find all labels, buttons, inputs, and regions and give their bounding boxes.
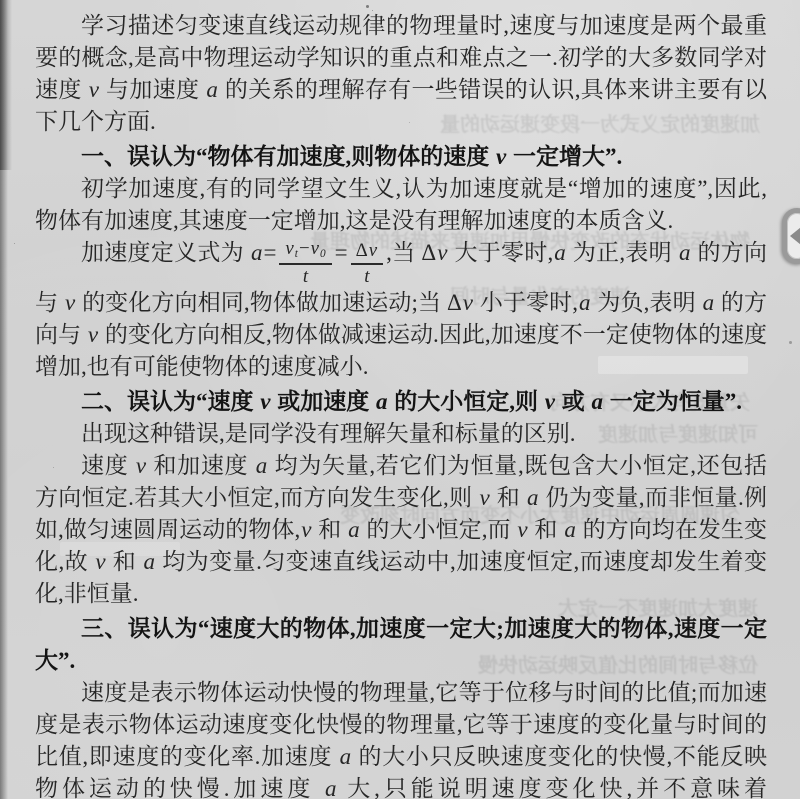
section-heading: 一、误认为“物体有加速度,则物体的速度 v 一定增大”. [35, 141, 767, 173]
paragraph: 出现这种错误,是同学没有理解矢量和标量的区别. [35, 418, 767, 450]
paragraph: 速度是表示物体运动快慢的物理量,它等于位移与时间的比值;而加速度是表示物体运动速… [35, 677, 767, 799]
math-variable: v [94, 549, 106, 574]
math-variable: a [250, 240, 264, 265]
section-heading: 二、误认为“速度 v 或加速度 a 的大小恒定,则 v 或 a 一定为恒量”. [35, 386, 767, 418]
math-variable: v [544, 389, 556, 414]
fraction: vt−v0t [279, 239, 331, 287]
math-variable: t [363, 266, 370, 287]
paragraph: 学习描述匀变速直线运动规律的物理量时,速度与加速度是两个最重要的概念,是高中物理… [35, 10, 767, 138]
math-variable: v [135, 453, 147, 478]
math-variable: vt [284, 238, 299, 259]
math-variable: v [495, 144, 507, 169]
math-variable: a [563, 517, 577, 542]
section-heading: 三、误认为“速度大的物体,加速度一定大;加速度大的物体,速度一定大”. [35, 613, 767, 677]
math-variable: v [88, 77, 100, 102]
math-variable: a [526, 485, 540, 510]
math-variable: v [516, 517, 528, 542]
math-variable: v [368, 240, 378, 261]
document-text: 学习描述匀变速直线运动规律的物理量时,速度与加速度是两个最重要的概念,是高中物理… [35, 10, 767, 799]
math-variable: v [300, 517, 312, 542]
math-variable: a [347, 517, 361, 542]
page-edge-shadow [0, 0, 12, 170]
fraction: Δvt [351, 241, 384, 287]
left-arrow-icon [790, 227, 800, 245]
math-variable: t [302, 266, 309, 287]
math-variable: a [590, 389, 604, 414]
math-variable: a [702, 290, 716, 315]
scanned-page: 加速度的定义式为一段变速运动的量 物体运动状态的改变快慢用加速度来描述的物理量 … [0, 0, 800, 799]
math-variable: a [578, 290, 592, 315]
math-variable: v [462, 290, 474, 315]
scan-noise [0, 0, 3, 3]
math-variable: a [375, 389, 389, 414]
math-variable: v [436, 240, 448, 265]
paragraph: 初学加速度,有的同学望文生义,认为加速度就是“增加的速度”,因此,物体有加速度,… [35, 173, 767, 237]
math-variable: v [87, 322, 99, 347]
math-variable: v [259, 389, 271, 414]
math-variable: a [339, 744, 353, 769]
math-variable: a [143, 549, 157, 574]
paragraph: 速度 v 和加速度 a 均为矢量,若它们为恒量,既包含大小恒定,还包括方向恒定.… [35, 450, 767, 610]
math-variable: a [255, 453, 269, 478]
page-back-button[interactable] [782, 208, 800, 264]
math-variable: a [205, 77, 219, 102]
math-variable: v [64, 290, 76, 315]
page-edge-shadow [0, 0, 8, 799]
math-variable: v0 [310, 238, 327, 259]
paragraph: 加速度定义式为 a=vt−v0t=Δvt,当 Δv 大于零时,a 为正,表明 a… [35, 237, 767, 383]
math-variable: a [324, 776, 338, 799]
math-variable: v [478, 485, 490, 510]
math-variable: a [553, 240, 567, 265]
math-variable: a [678, 240, 692, 265]
